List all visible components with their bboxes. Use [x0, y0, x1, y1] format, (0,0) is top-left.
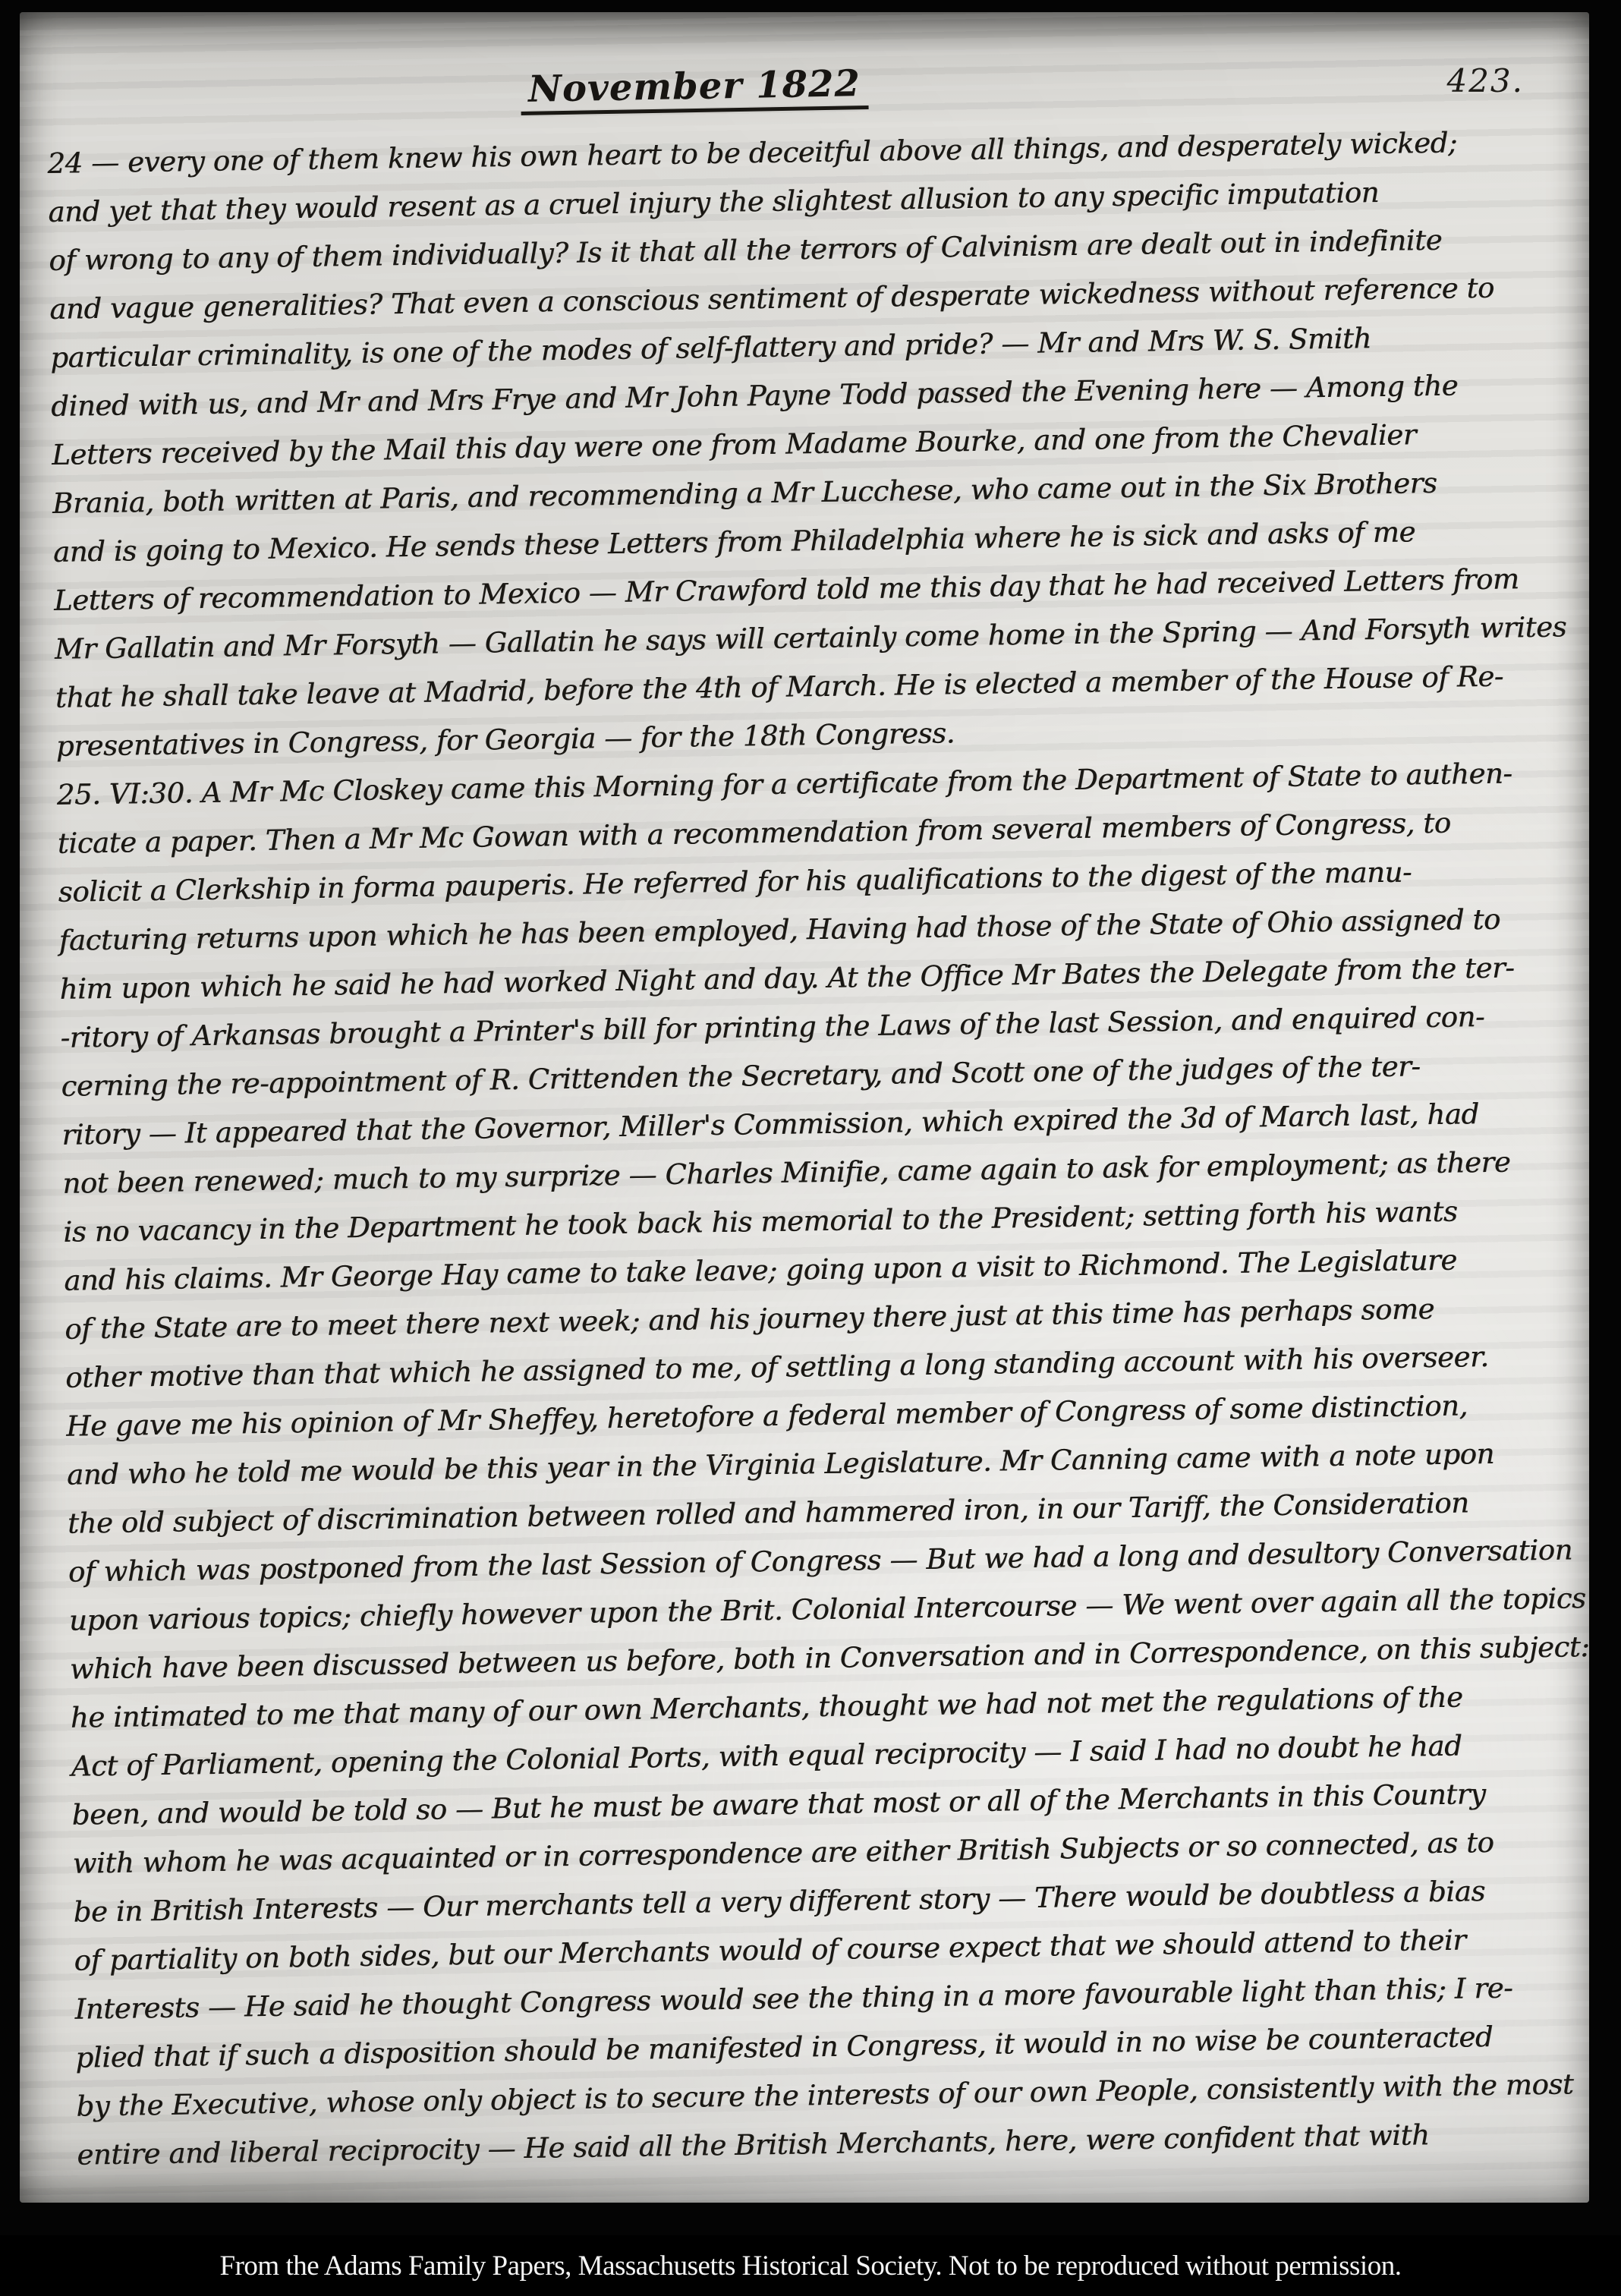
archive-credit-bar: From the Adams Family Papers, Massachuse… [0, 2235, 1621, 2296]
date-heading: November 1822 [521, 62, 869, 115]
manuscript-text-body: 24 — every one of them knew his own hear… [47, 117, 1603, 2180]
page-number: 423. [1446, 62, 1524, 99]
manuscript-page-scan: November 1822 423. 24 — every one of the… [20, 12, 1589, 2203]
archive-credit-text: From the Adams Family Papers, Massachuse… [220, 2250, 1402, 2282]
